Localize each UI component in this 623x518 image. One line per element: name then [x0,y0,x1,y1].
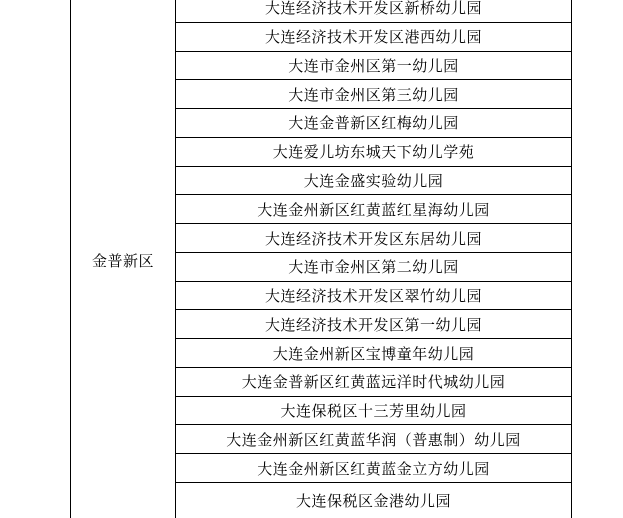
kindergarten-name: 大连金普新区红黄蓝远洋时代城幼儿园 [242,371,506,392]
kindergarten-name: 大连经济技术开发区翠竹幼儿园 [265,285,482,306]
kindergarten-name: 大连市金州区第一幼儿园 [288,55,459,76]
kindergarten-name: 大连市金州区第二幼儿园 [288,256,459,277]
kindergarten-name: 大连经济技术开发区新桥幼儿园 [265,0,482,18]
table-row: 大连保税区金港幼儿园 [176,483,571,518]
table-row: 大连金州新区红黄蓝红星海幼儿园 [176,195,571,224]
kindergarten-name: 大连保税区金港幼儿园 [296,490,451,511]
kindergarten-name: 大连金州新区红黄蓝金立方幼儿园 [257,458,490,479]
kindergarten-name: 大连经济技术开发区港西幼儿园 [265,26,482,47]
table-row: 大连金州新区宝博童年幼儿园 [176,339,571,368]
region-label: 金普新区 [92,250,154,271]
kindergarten-name: 大连市金州区第三幼儿园 [288,84,459,105]
table-row: 大连经济技术开发区港西幼儿园 [176,23,571,52]
table-row: 大连保税区十三芳里幼儿园 [176,397,571,426]
table-row: 大连金普新区红梅幼儿园 [176,109,571,138]
table-row: 大连金州新区红黄蓝华润（普惠制）幼儿园 [176,425,571,454]
table-row: 大连经济技术开发区新桥幼儿园 [176,0,571,23]
region-cell: 金普新区 [70,0,176,518]
kindergarten-name: 大连爱儿坊东城天下幼儿学苑 [273,141,475,162]
kindergarten-table: 金普新区 大连经济技术开发区新桥幼儿园大连经济技术开发区港西幼儿园大连市金州区第… [70,0,572,518]
kindergarten-list: 大连经济技术开发区新桥幼儿园大连经济技术开发区港西幼儿园大连市金州区第一幼儿园大… [176,0,572,518]
kindergarten-name: 大连经济技术开发区东居幼儿园 [265,228,482,249]
kindergarten-name: 大连金州新区红黄蓝红星海幼儿园 [257,199,490,220]
table-row: 大连经济技术开发区第一幼儿园 [176,310,571,339]
table-row: 大连市金州区第三幼儿园 [176,80,571,109]
kindergarten-name: 大连金州新区宝博童年幼儿园 [273,343,475,364]
kindergarten-name: 大连金盛实验幼儿园 [304,170,444,191]
kindergarten-name: 大连金普新区红梅幼儿园 [288,112,459,133]
kindergarten-name: 大连保税区十三芳里幼儿园 [280,400,466,421]
table-row: 大连市金州区第一幼儿园 [176,52,571,81]
kindergarten-name: 大连金州新区红黄蓝华润（普惠制）幼儿园 [226,429,521,450]
table-row: 大连金盛实验幼儿园 [176,167,571,196]
table-row: 大连金州新区红黄蓝金立方幼儿园 [176,454,571,483]
document-table-crop: 金普新区 大连经济技术开发区新桥幼儿园大连经济技术开发区港西幼儿园大连市金州区第… [0,0,623,518]
table-row: 大连市金州区第二幼儿园 [176,253,571,282]
kindergarten-name: 大连经济技术开发区第一幼儿园 [265,314,482,335]
table-row: 大连金普新区红黄蓝远洋时代城幼儿园 [176,368,571,397]
table-row: 大连爱儿坊东城天下幼儿学苑 [176,138,571,167]
table-row: 大连经济技术开发区东居幼儿园 [176,224,571,253]
table-row: 大连经济技术开发区翠竹幼儿园 [176,282,571,311]
